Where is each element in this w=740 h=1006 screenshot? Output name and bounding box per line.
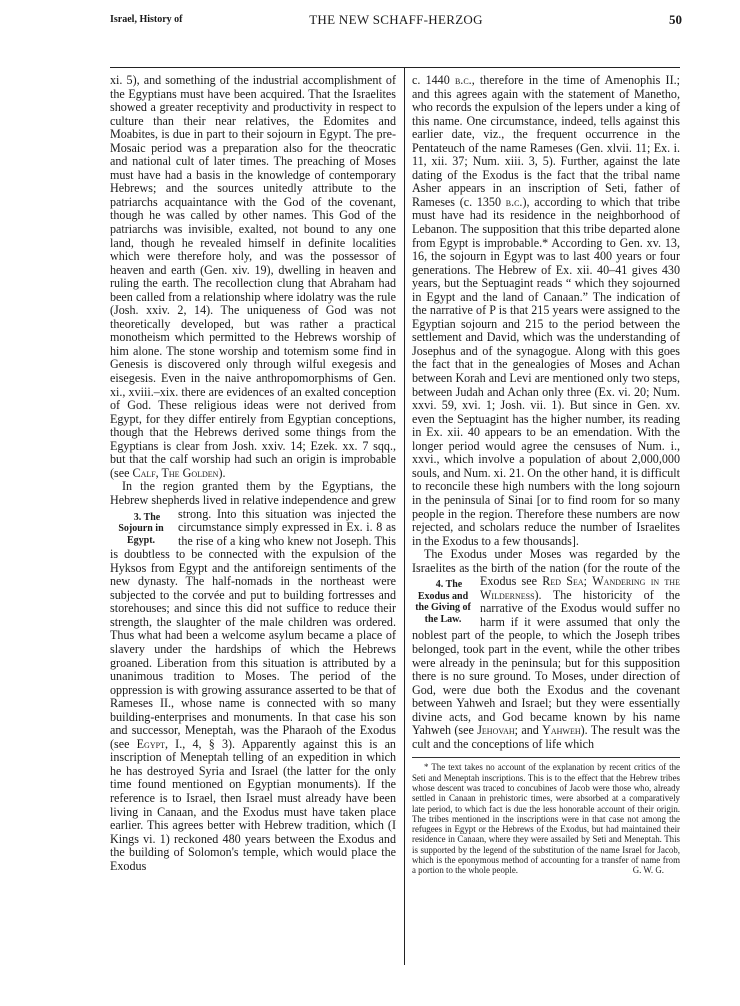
right-column: c. 1440 b.c., therefore in the time of A… bbox=[412, 74, 680, 876]
paragraph-text: ; and bbox=[515, 723, 542, 737]
footnote: * The text takes no account of the expla… bbox=[412, 762, 680, 875]
section-sidehead-3: 3. The Sojourn in Egypt. bbox=[110, 512, 172, 547]
footnote-text: * The text takes no account of the expla… bbox=[412, 762, 680, 875]
paragraph-text: The Exodus under Moses was regarded by t… bbox=[412, 547, 680, 575]
paragraph-text: c. 1440 bbox=[412, 73, 455, 87]
paragraph-text: ). bbox=[218, 466, 225, 480]
page-number: 50 bbox=[669, 12, 682, 28]
cross-reference-yahweh[interactable]: Yahweh bbox=[542, 723, 581, 737]
cross-reference-calf[interactable]: Calf, The Golden bbox=[133, 466, 219, 480]
cross-reference-jehovah[interactable]: Jehovah bbox=[477, 723, 514, 737]
header-rule bbox=[110, 67, 680, 68]
paragraph-text: xi. 5), and something of the industrial … bbox=[110, 73, 396, 480]
paragraph-text: ; bbox=[584, 574, 593, 588]
paragraph: In the region granted them by the Egypti… bbox=[110, 480, 396, 873]
running-head: Israel, History of THE NEW SCHAFF-HERZOG… bbox=[110, 12, 682, 28]
paragraph: xi. 5), and something of the industrial … bbox=[110, 74, 396, 480]
left-column: xi. 5), and something of the industrial … bbox=[110, 74, 396, 873]
cross-reference-red-sea[interactable]: Red Sea bbox=[542, 574, 583, 588]
paragraph-text: ), according to which that tribe must ha… bbox=[412, 195, 680, 548]
author-signature: G. W. G. bbox=[621, 865, 664, 875]
publication-title: THE NEW SCHAFF-HERZOG bbox=[110, 12, 682, 28]
section-sidehead-4: 4. The Exodus and the Giving of the Law. bbox=[412, 579, 474, 625]
document-page: Israel, History of THE NEW SCHAFF-HERZOG… bbox=[0, 0, 740, 1006]
footnote-rule bbox=[412, 757, 680, 758]
paragraph: c. 1440 b.c., therefore in the time of A… bbox=[412, 74, 680, 548]
paragraph-text: , I., 4, § 3). Apparently against this i… bbox=[110, 737, 396, 873]
paragraph: The Exodus under Moses was regarded by t… bbox=[412, 548, 680, 751]
era-abbrev: b.c. bbox=[455, 73, 472, 87]
paragraph-text: , therefore in the time of Amenophis II.… bbox=[412, 73, 680, 209]
era-abbrev: b.c. bbox=[506, 195, 523, 209]
cross-reference-egypt[interactable]: Egypt bbox=[137, 737, 165, 751]
column-divider bbox=[404, 68, 405, 965]
